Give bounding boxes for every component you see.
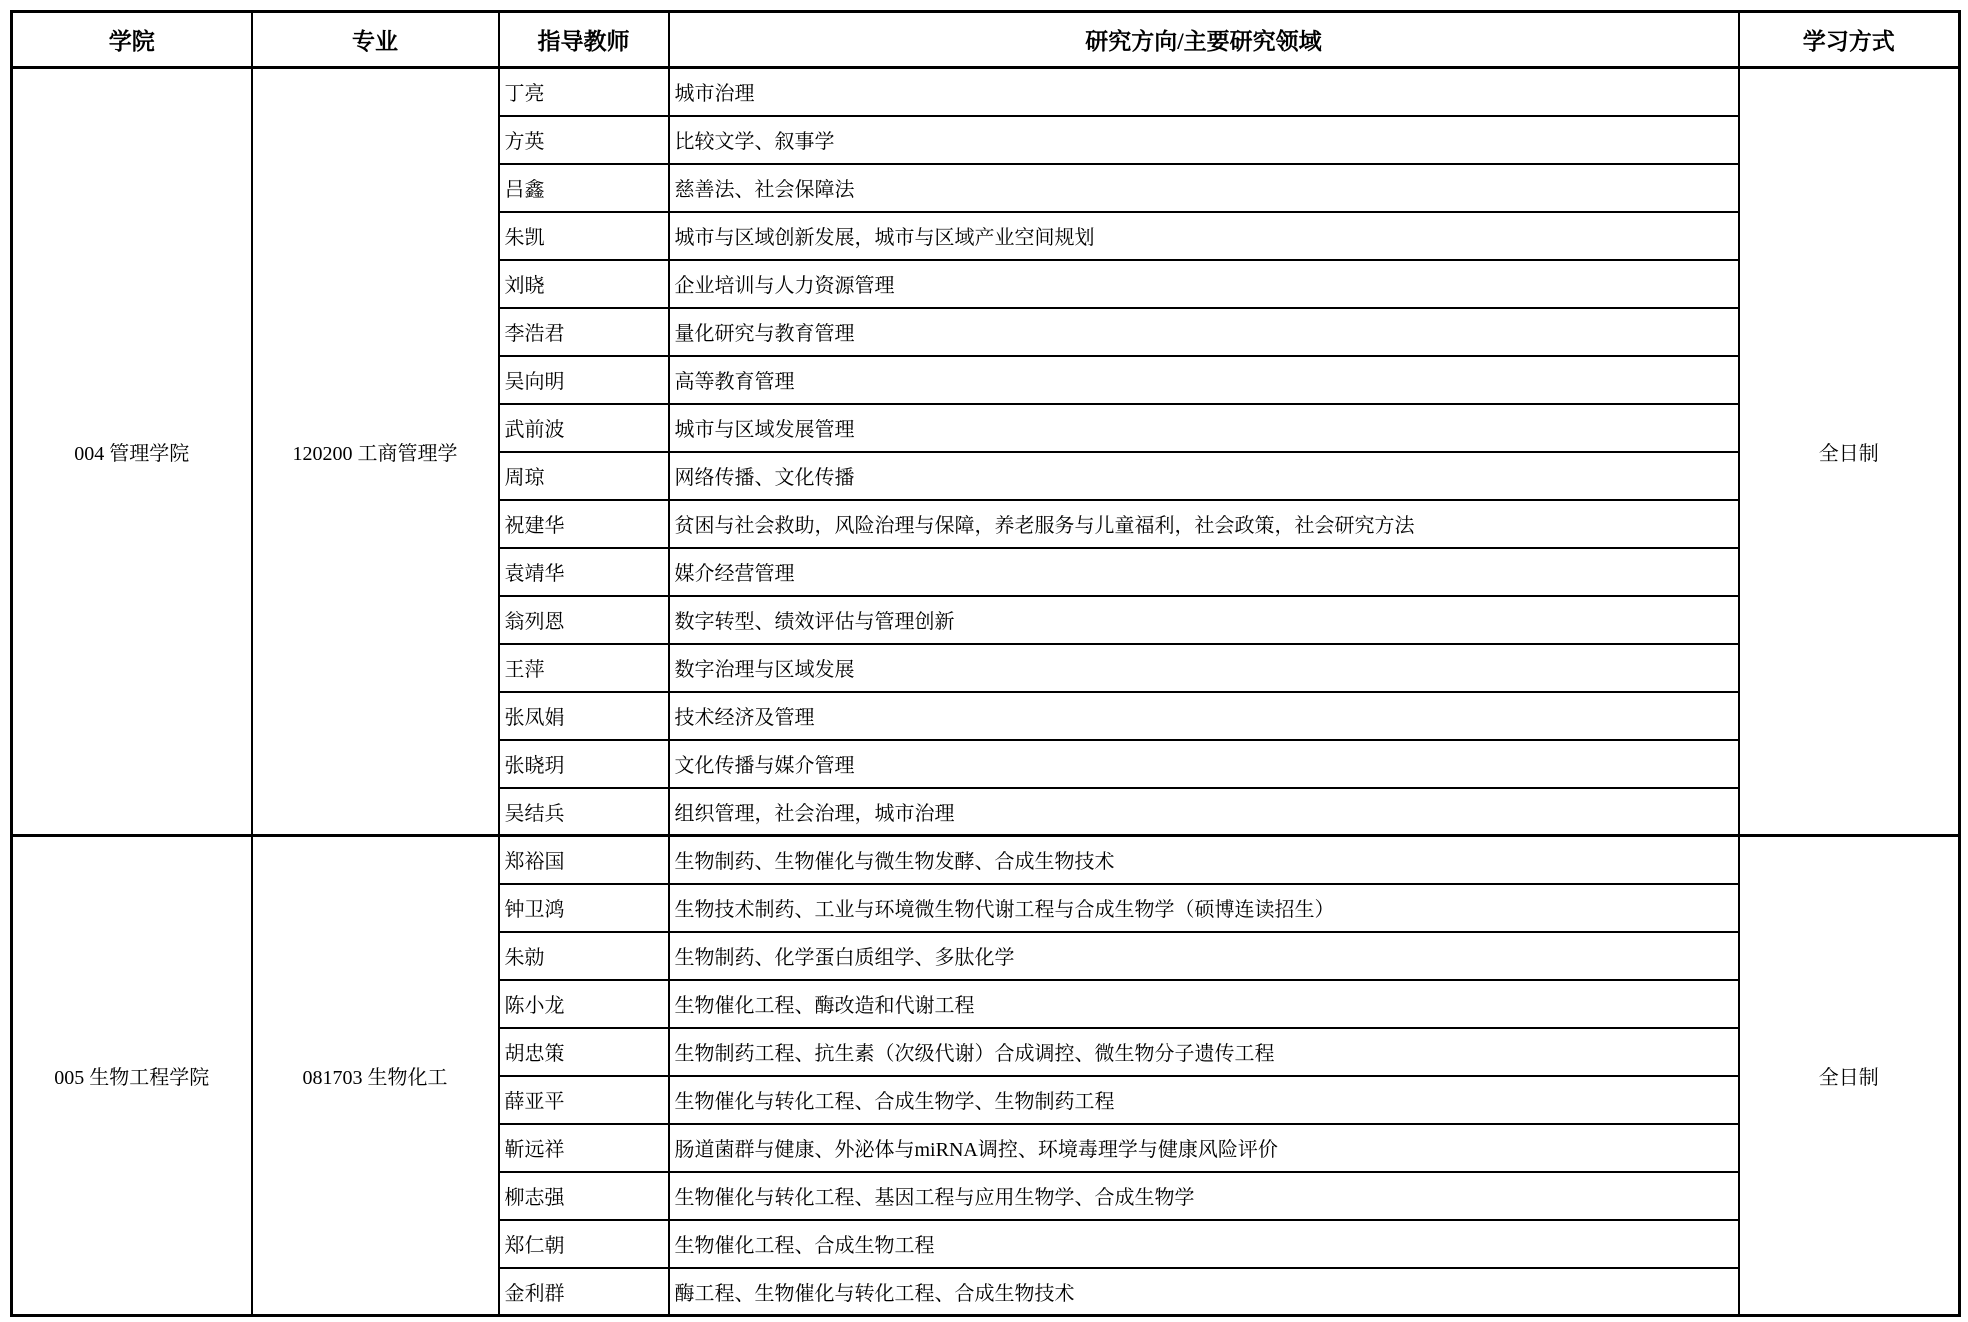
advisor-name-cell: 朱凯: [499, 212, 669, 260]
research-cell: 数字转型、绩效评估与管理创新: [669, 596, 1739, 644]
advisor-name-cell: 李浩君: [499, 308, 669, 356]
research-cell: 肠道菌群与健康、外泌体与miRNA调控、环境毒理学与健康风险评价: [669, 1124, 1739, 1172]
advisor-name-cell: 刘晓: [499, 260, 669, 308]
advisor-table: 学院 专业 指导教师 研究方向/主要研究领域 学习方式 004 管理学院1202…: [10, 10, 1961, 1317]
advisor-table-sheet: 学院 专业 指导教师 研究方向/主要研究领域 学习方式 004 管理学院1202…: [10, 10, 1961, 1317]
research-cell: 生物制药工程、抗生素（次级代谢）合成调控、微生物分子遗传工程: [669, 1028, 1739, 1076]
major-cell: 120200 工商管理学: [252, 68, 499, 836]
research-cell: 城市与区域创新发展，城市与区域产业空间规划: [669, 212, 1739, 260]
header-row: 学院 专业 指导教师 研究方向/主要研究领域 学习方式: [12, 12, 1960, 68]
header-mode: 学习方式: [1739, 12, 1960, 68]
advisor-name-cell: 吴向明: [499, 356, 669, 404]
research-cell: 生物催化工程、合成生物工程: [669, 1220, 1739, 1268]
advisor-name-cell: 郑仁朝: [499, 1220, 669, 1268]
research-cell: 高等教育管理: [669, 356, 1739, 404]
table-row: 004 管理学院120200 工商管理学丁亮城市治理全日制: [12, 68, 1960, 116]
advisor-name-cell: 张凤娟: [499, 692, 669, 740]
header-college: 学院: [12, 12, 252, 68]
advisor-name-cell: 祝建华: [499, 500, 669, 548]
research-cell: 网络传播、文化传播: [669, 452, 1739, 500]
research-cell: 生物催化与转化工程、合成生物学、生物制药工程: [669, 1076, 1739, 1124]
research-cell: 量化研究与教育管理: [669, 308, 1739, 356]
study-mode-cell: 全日制: [1739, 68, 1960, 836]
advisor-name-cell: 方英: [499, 116, 669, 164]
study-mode-cell: 全日制: [1739, 836, 1960, 1316]
header-research: 研究方向/主要研究领域: [669, 12, 1739, 68]
advisor-name-cell: 胡忠策: [499, 1028, 669, 1076]
advisor-name-cell: 翁列恩: [499, 596, 669, 644]
research-cell: 酶工程、生物催化与转化工程、合成生物技术: [669, 1268, 1739, 1316]
advisor-name-cell: 张晓玥: [499, 740, 669, 788]
advisor-name-cell: 吴结兵: [499, 788, 669, 836]
research-cell: 比较文学、叙事学: [669, 116, 1739, 164]
advisor-name-cell: 吕鑫: [499, 164, 669, 212]
advisor-name-cell: 周琼: [499, 452, 669, 500]
college-cell: 005 生物工程学院: [12, 836, 252, 1316]
advisor-name-cell: 丁亮: [499, 68, 669, 116]
research-cell: 城市与区域发展管理: [669, 404, 1739, 452]
advisor-name-cell: 朱勍: [499, 932, 669, 980]
research-cell: 企业培训与人力资源管理: [669, 260, 1739, 308]
research-cell: 生物催化与转化工程、基因工程与应用生物学、合成生物学: [669, 1172, 1739, 1220]
research-cell: 生物催化工程、酶改造和代谢工程: [669, 980, 1739, 1028]
header-major: 专业: [252, 12, 499, 68]
advisor-name-cell: 郑裕国: [499, 836, 669, 884]
research-cell: 生物制药、化学蛋白质组学、多肽化学: [669, 932, 1739, 980]
advisor-name-cell: 柳志强: [499, 1172, 669, 1220]
research-cell: 文化传播与媒介管理: [669, 740, 1739, 788]
research-cell: 城市治理: [669, 68, 1739, 116]
college-cell: 004 管理学院: [12, 68, 252, 836]
advisor-name-cell: 靳远祥: [499, 1124, 669, 1172]
research-cell: 慈善法、社会保障法: [669, 164, 1739, 212]
header-advisor: 指导教师: [499, 12, 669, 68]
advisor-name-cell: 金利群: [499, 1268, 669, 1316]
research-cell: 组织管理，社会治理，城市治理: [669, 788, 1739, 836]
table-row: 005 生物工程学院081703 生物化工郑裕国生物制药、生物催化与微生物发酵、…: [12, 836, 1960, 884]
research-cell: 数字治理与区域发展: [669, 644, 1739, 692]
table-header: 学院 专业 指导教师 研究方向/主要研究领域 学习方式: [12, 12, 1960, 68]
research-cell: 贫困与社会救助，风险治理与保障，养老服务与儿童福利，社会政策，社会研究方法: [669, 500, 1739, 548]
advisor-name-cell: 武前波: [499, 404, 669, 452]
advisor-name-cell: 袁靖华: [499, 548, 669, 596]
research-cell: 媒介经营管理: [669, 548, 1739, 596]
major-cell: 081703 生物化工: [252, 836, 499, 1316]
advisor-name-cell: 王萍: [499, 644, 669, 692]
research-cell: 技术经济及管理: [669, 692, 1739, 740]
advisor-name-cell: 钟卫鸿: [499, 884, 669, 932]
advisor-name-cell: 陈小龙: [499, 980, 669, 1028]
research-cell: 生物技术制药、工业与环境微生物代谢工程与合成生物学（硕博连读招生）: [669, 884, 1739, 932]
advisor-name-cell: 薛亚平: [499, 1076, 669, 1124]
research-cell: 生物制药、生物催化与微生物发酵、合成生物技术: [669, 836, 1739, 884]
table-body: 004 管理学院120200 工商管理学丁亮城市治理全日制方英比较文学、叙事学吕…: [12, 68, 1960, 1316]
